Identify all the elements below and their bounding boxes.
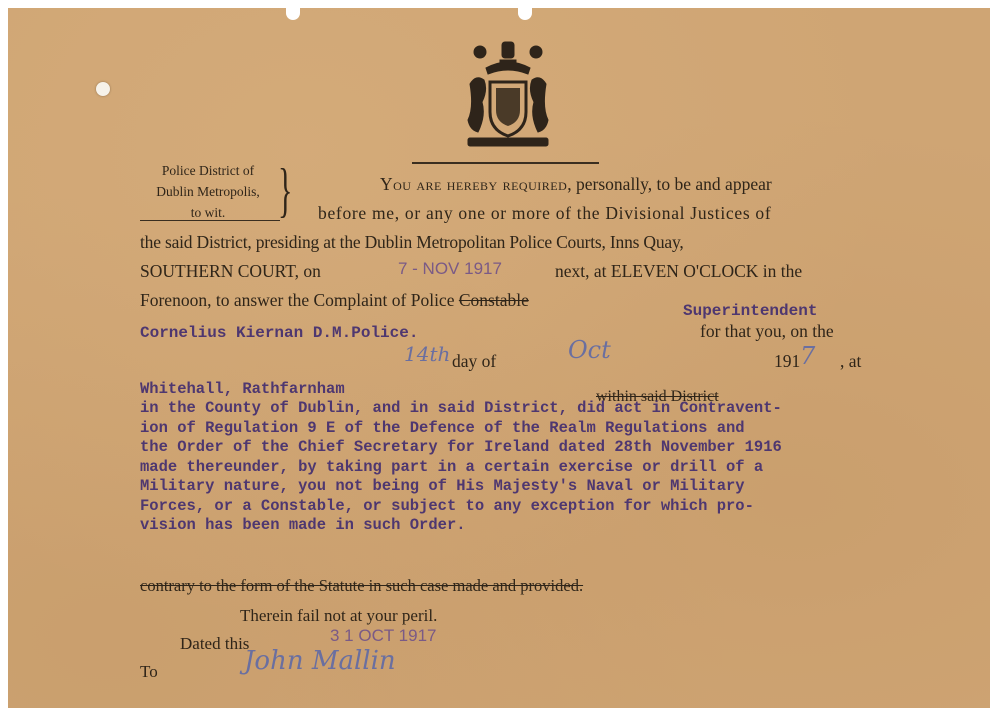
district-label: Police District of Dublin Metropolis, to… [138,160,278,223]
year-digit: 7 [800,342,815,370]
fail-not-warning: Therein fail not at your peril. [240,606,437,626]
summons-line-4b: next, at ELEVEN O'CLOCK in the [555,261,802,282]
summons-line-2: before me, or any one or more of the Div… [318,203,771,224]
at-label: , at [840,351,861,372]
dated-label: Dated this [180,634,249,654]
offence-month: Oct [568,336,611,364]
to-label: To [140,662,158,682]
struck-constable: Constable [459,290,529,310]
summons-line-4a: SOUTHERN COURT, on [140,261,321,282]
paper-notch [518,8,532,20]
offence-line: in the County of Dublin, and in said Dis… [140,399,782,419]
dated-stamp: 3 1 OCT 1917 [330,626,436,646]
offence-line: made thereunder, by taking part in a cer… [140,458,782,478]
summons-lead: You are hereby required [380,174,567,194]
summons-line-5: Forenoon, to answer the Complaint of Pol… [140,290,529,311]
crest-divider [412,162,599,164]
year-printed: 191 [774,351,800,372]
offence-line: Forces, or a Constable, or subject to an… [140,497,782,517]
struck-statute-line: contrary to the form of the Statute in s… [140,576,583,596]
district-underline [140,220,280,221]
offence-line: Military nature, you not being of His Ma… [140,477,782,497]
defendant-name: John Mallin [244,646,396,676]
summons-line-6: for that you, on the [700,321,834,342]
complainant-rank: Superintendent [683,302,817,320]
offence-day: 14th [404,342,450,366]
offence-line: vision has been made in such Order. [140,516,782,536]
court-date-stamp: 7 - NOV 1917 [398,259,502,279]
complainant-name: Cornelius Kiernan D.M.Police. [140,324,418,342]
summons-line-3: the said District, presiding at the Dubl… [140,232,684,253]
offence-text: in the County of Dublin, and in said Dis… [140,399,782,536]
punch-hole [96,82,110,96]
brace-symbol: } [278,160,292,220]
offence-location: Whitehall, Rathfarnham [140,380,345,400]
paper-notch [286,8,300,20]
offence-line: ion of Regulation 9 E of the Defence of … [140,419,782,439]
offence-line: the Order of the Chief Secretary for Ire… [140,438,782,458]
district-line: Police District of [138,160,278,181]
royal-coat-of-arms-icon [458,38,558,156]
summons-line-1: You are hereby required, personally, to … [380,174,772,195]
day-of-label: day of [452,351,496,372]
district-line: Dublin Metropolis, [138,181,278,202]
